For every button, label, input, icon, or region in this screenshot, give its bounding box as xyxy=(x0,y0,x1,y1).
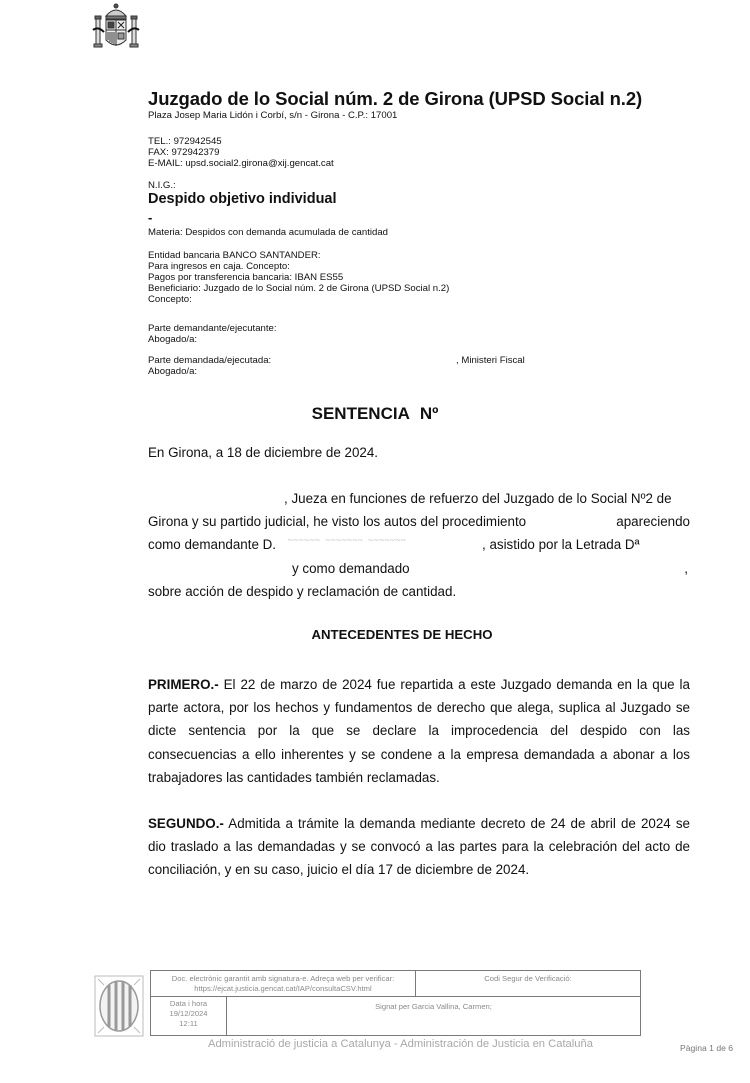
email-address[interactable]: E-MAIL: upsd.social2.girona@xij.gencat.c… xyxy=(148,158,334,169)
procedure-title: Despido objetivo individual xyxy=(148,191,337,207)
phone-number: TEL.: 972942545 xyxy=(148,136,334,147)
spain-coat-of-arms-icon xyxy=(92,2,140,60)
redacted-name: ˜˜˜˜˜˜ ˜˜˜˜˜˜˜ ˜˜˜˜˜˜˜ xyxy=(288,533,407,556)
segundo-line-2: dio traslado a las demandadas y se convo… xyxy=(148,835,690,858)
intro-line-4: y como demandado, xyxy=(148,557,690,580)
intro-line-1: , Jueza en funciones de refuerzo del Juz… xyxy=(148,487,690,510)
court-name: Juzgado de lo Social núm. 2 de Girona (U… xyxy=(148,88,642,110)
intro-line-5: sobre acción de despido y reclamación de… xyxy=(148,580,690,603)
procedure-dash: - xyxy=(148,210,152,225)
primero-paragraph: PRIMERO.- El 22 de marzo de 2024 fue rep… xyxy=(148,673,690,789)
primero-line-3: dicte sentencia por la que se declare la… xyxy=(148,719,690,742)
bank-beneficiary: Beneficiario: Juzgado de lo Social núm. … xyxy=(148,283,449,294)
intro-line-3: como demandante D.˜˜˜˜˜˜ ˜˜˜˜˜˜˜ ˜˜˜˜˜˜˜… xyxy=(148,533,690,556)
primero-line-1: PRIMERO.- El 22 de marzo de 2024 fue rep… xyxy=(148,673,690,696)
bank-details: Entidad bancaria BANCO SANTANDER: Para i… xyxy=(148,250,449,305)
sentence-number-label: Nº xyxy=(420,404,439,423)
plaintiff-label: Parte demandante/ejecutante: xyxy=(148,323,277,334)
sentence-date: En Girona, a 18 de diciembre de 2024. xyxy=(148,441,690,464)
fax-number: FAX: 972942379 xyxy=(148,147,334,158)
intro-line-2: Girona y su partido judicial, he visto l… xyxy=(148,510,690,533)
plaintiff-party: Parte demandante/ejecutante: Abogado/a: xyxy=(148,323,277,345)
administration-footer: Administració de justicia a Catalunya - … xyxy=(208,1038,593,1050)
csv-code-cell: Codi Segur de Verificació: xyxy=(416,971,640,997)
section-heading-antecedentes: ANTECEDENTES DE HECHO xyxy=(0,627,750,642)
plaintiff-lawyer-label: Abogado/a: xyxy=(148,334,277,345)
primero-line-2: parte actora, por los hechos y fundament… xyxy=(148,696,690,719)
segundo-paragraph: SEGUNDO.- Admitida a trámite la demanda … xyxy=(148,812,690,882)
catalonia-emblem-icon xyxy=(94,975,144,1037)
court-address: Plaza Josep Maria Lidón i Corbí, s/n - G… xyxy=(148,110,397,121)
defendant-lawyer-label: Abogado/a: xyxy=(148,366,548,377)
sentence-title-text: SENTENCIA xyxy=(312,404,410,423)
signed-by-cell: Signat per Garcia Vallina, Carmen; xyxy=(227,997,640,1035)
segundo-line-3: conciliación, y en su caso, juicio el dí… xyxy=(148,858,690,881)
sentence-title: SENTENCIANº xyxy=(0,404,750,424)
date-time-cell: Data i hora 19/12/2024 12:11 xyxy=(151,997,227,1035)
contact-block: TEL.: 972942545 FAX: 972942379 E-MAIL: u… xyxy=(148,136,334,169)
signature-verification-box: Doc. electrònic garantit amb signatura-e… xyxy=(150,970,641,1036)
ministeri-fiscal: , Ministeri Fiscal xyxy=(456,355,525,366)
doc-verify-cell: Doc. electrònic garantit amb signatura-e… xyxy=(151,971,416,997)
verify-url[interactable]: https://ejcat.justicia.gencat.cat/IAP/co… xyxy=(151,984,415,994)
page-number: Pàgina 1 de 6 xyxy=(680,1043,733,1053)
materia-line: Materia: Despidos con demanda acumulada … xyxy=(148,227,388,238)
bank-entity: Entidad bancaria BANCO SANTANDER: xyxy=(148,250,449,261)
primero-line-4: consecuencias a ello inherentes y se con… xyxy=(148,743,690,766)
bank-concept: Concepto: xyxy=(148,294,449,305)
intro-paragraph: , Jueza en funciones de refuerzo del Juz… xyxy=(148,487,690,603)
bank-cash-concept: Para ingresos en caja. Concepto: xyxy=(148,261,449,272)
defendant-party: Parte demandada/ejecutada: , Ministeri F… xyxy=(148,355,548,377)
nig-label: N.I.G.: xyxy=(148,180,176,191)
segundo-line-1: SEGUNDO.- Admitida a trámite la demanda … xyxy=(148,812,690,835)
bank-transfer-iban: Pagos por transferencia bancaria: IBAN E… xyxy=(148,272,449,283)
primero-line-5: trabajadores las cantidades también recl… xyxy=(148,766,690,789)
